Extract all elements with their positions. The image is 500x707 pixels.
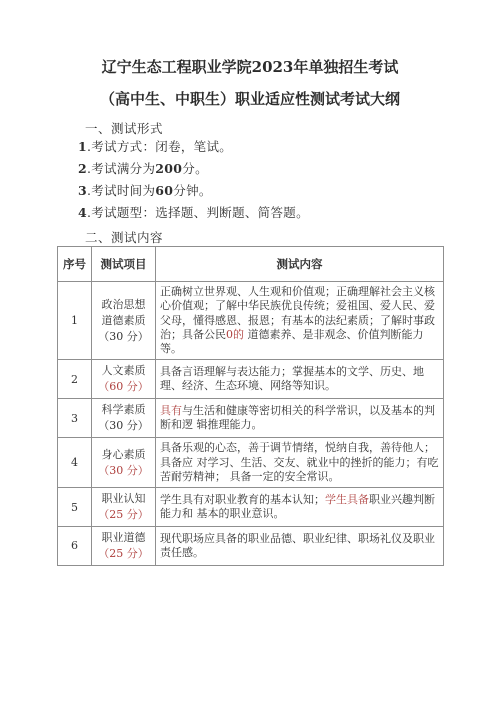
- project-cell: 政治思想 道德素质（30 分）: [92, 282, 156, 360]
- text-segment: （30 分）: [98, 464, 149, 477]
- text-segment: 4: [78, 205, 87, 220]
- project-cell: 职业道德（25 分）: [92, 527, 156, 566]
- text-segment: 学生具有对职业教育的基本认知；: [160, 493, 325, 506]
- section-heading-test-form: 一、测试形式: [85, 119, 163, 137]
- document-title-line2: （高中生、中职生）职业适应性测试考试大纲: [0, 88, 500, 109]
- text-segment: 3: [78, 183, 87, 198]
- column-header-content: 测试内容: [156, 247, 444, 282]
- form-list-item: 1.考试方式：闭卷，笔试。: [78, 140, 309, 153]
- test-content-table: 序号 测试项目 测试内容 1政治思想 道德素质（30 分）正确树立世界观、人生观…: [57, 246, 444, 566]
- form-list-item: 3.考试时间为60分钟。: [78, 184, 309, 197]
- document-title-line1: 辽宁生态工程职业学院2023年单独招生考试: [0, 56, 500, 77]
- text-segment: 0的: [226, 328, 244, 341]
- text-segment: 具备乐观的心态，善于调节情绪，悦纳自我，善待他人；具备应 对学习、生活、交友、就…: [160, 441, 439, 483]
- serial-cell: 2: [58, 360, 92, 399]
- text-segment: 职业认知: [102, 492, 146, 505]
- text-segment: 人文素质: [102, 364, 146, 377]
- text-segment: 60: [155, 183, 173, 198]
- content-cell: 现代职场应具备的职业品德、职业纪律、职场礼仪及职业责任感。: [156, 527, 444, 566]
- table-row: 4身心素质（30 分）具备乐观的心态，善于调节情绪，悦纳自我，善待他人；具备应 …: [58, 438, 444, 488]
- text-segment: 与生活和健康等密切相关的科学常识，以及基本的判断和逻 辑推理能力。: [160, 404, 435, 431]
- text-segment: 具有: [160, 404, 182, 417]
- table-row: 6职业道德（25 分）现代职场应具备的职业品德、职业纪律、职场礼仪及职业责任感。: [58, 527, 444, 566]
- text-segment: 分。: [182, 161, 208, 176]
- project-cell: 科学素质（30 分）: [92, 399, 156, 438]
- form-list-item: 4.考试题型：选择题、判断题、简答题。: [78, 206, 309, 219]
- text-segment: 政治思想 道德素质（30 分）: [98, 298, 149, 343]
- table-header-row: 序号 测试项目 测试内容: [58, 247, 444, 282]
- serial-cell: 4: [58, 438, 92, 488]
- text-segment: （60 分）: [98, 380, 149, 393]
- serial-cell: 6: [58, 527, 92, 566]
- text-segment: 科学素质（30 分）: [98, 403, 149, 432]
- text-segment: 身心素质: [102, 448, 146, 461]
- serial-cell: 5: [58, 488, 92, 527]
- text-segment: 分钟。: [173, 183, 211, 198]
- table-row: 5职业认知（25 分）学生具有对职业教育的基本认知；学生具备职业兴趣判断能力和 …: [58, 488, 444, 527]
- content-cell: 正确树立世界观、人生观和价值观；正确理解社会主义核心价值观；了解中华民族优良传统…: [156, 282, 444, 360]
- text-segment: 1: [78, 139, 87, 154]
- text-segment: 具备言语理解与表达能力；掌握基本的文学、历史、地理、经济、生态环境、网络等知识。: [160, 365, 424, 392]
- test-form-list: 1.考试方式：闭卷，笔试。2.考试满分为200分。3.考试时间为60分钟。4.考…: [78, 140, 309, 228]
- text-segment: 现代职场应具备的职业品德、职业纪律、职场礼仪及职业责任感。: [160, 532, 435, 559]
- serial-cell: 1: [58, 282, 92, 360]
- table-row: 1政治思想 道德素质（30 分）正确树立世界观、人生观和价值观；正确理解社会主义…: [58, 282, 444, 360]
- text-segment: （25 分）: [98, 547, 149, 560]
- table-row: 2人文素质（60 分）具备言语理解与表达能力；掌握基本的文学、历史、地理、经济、…: [58, 360, 444, 399]
- content-cell: 具备言语理解与表达能力；掌握基本的文学、历史、地理、经济、生态环境、网络等知识。: [156, 360, 444, 399]
- table-body: 1政治思想 道德素质（30 分）正确树立世界观、人生观和价值观；正确理解社会主义…: [58, 282, 444, 566]
- text-segment: .考试题型：选择题、判断题、简答题。: [87, 205, 309, 220]
- text-segment: 200: [155, 161, 182, 176]
- text-segment: 职业道德: [102, 531, 146, 544]
- section-heading-test-content: 二、测试内容: [85, 228, 163, 246]
- project-cell: 身心素质（30 分）: [92, 438, 156, 488]
- content-cell: 具备乐观的心态，善于调节情绪，悦纳自我，善待他人；具备应 对学习、生活、交友、就…: [156, 438, 444, 488]
- text-segment: .考试方式：闭卷，笔试。: [87, 139, 232, 154]
- text-segment: 学生具备: [325, 493, 369, 506]
- column-header-project: 测试项目: [92, 247, 156, 282]
- project-cell: 人文素质（60 分）: [92, 360, 156, 399]
- text-segment: 2: [78, 161, 87, 176]
- serial-cell: 3: [58, 399, 92, 438]
- project-cell: 职业认知（25 分）: [92, 488, 156, 527]
- text-segment: .考试时间为: [87, 183, 155, 198]
- text-segment: （25 分）: [98, 508, 149, 521]
- text-segment: .考试满分为: [87, 161, 155, 176]
- table-row: 3科学素质（30 分）具有与生活和健康等密切相关的科学常识，以及基本的判断和逻 …: [58, 399, 444, 438]
- document-page: 辽宁生态工程职业学院2023年单独招生考试 （高中生、中职生）职业适应性测试考试…: [0, 0, 500, 707]
- content-cell: 具有与生活和健康等密切相关的科学常识，以及基本的判断和逻 辑推理能力。: [156, 399, 444, 438]
- column-header-serial: 序号: [58, 247, 92, 282]
- content-cell: 学生具有对职业教育的基本认知；学生具备职业兴趣判断能力和 基本的职业意识。: [156, 488, 444, 527]
- form-list-item: 2.考试满分为200分。: [78, 162, 309, 175]
